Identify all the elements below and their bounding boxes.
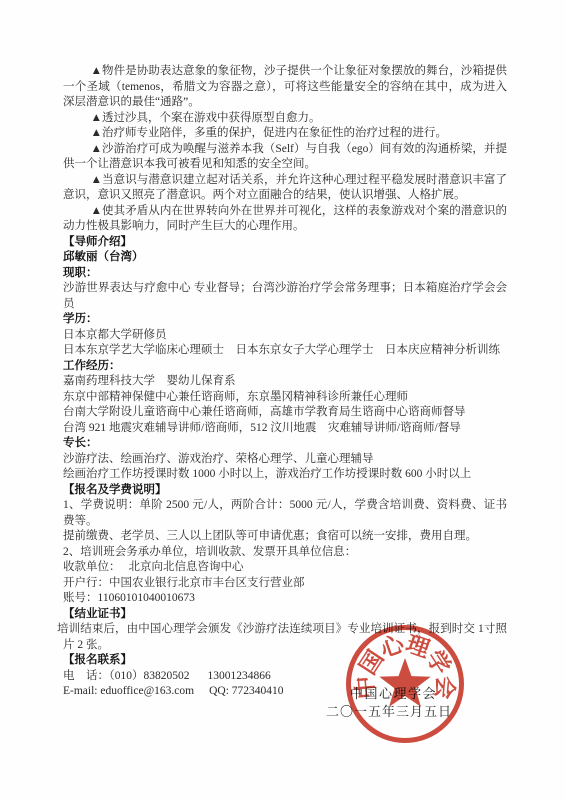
bank-label: 开户行： bbox=[63, 577, 109, 589]
phone-label: 电 话： bbox=[63, 670, 109, 682]
section-heading-certificate: 【结业证书】 bbox=[63, 607, 507, 623]
tutor-experience-item: 嘉南药理科技大学 婴幼儿保育系 bbox=[63, 374, 507, 390]
email-address: eduoffice@163.com bbox=[100, 685, 194, 697]
tutor-experience-item: 东京中部精神保健中心兼任谘商师，东京墨冈精神科诊所兼任心理师 bbox=[63, 390, 507, 406]
document-body: ▲物件是协助表达意象的象征物，沙子提供一个让象征对象摆放的舞台，沙箱提供一个圣域… bbox=[63, 64, 507, 700]
section-heading-tutor: 【导师介绍】 bbox=[63, 235, 507, 251]
bank-value: 中国农业银行北京市丰台区支行营业部 bbox=[109, 577, 305, 589]
payee-value: 北京向北信息咨询中心 bbox=[129, 560, 244, 576]
intro-bullet: ▲透过沙具，个案在游戏中获得原型自愈力。 bbox=[63, 111, 507, 127]
tutor-current-label: 现职： bbox=[63, 266, 507, 282]
tutor-experience-item: 台南大学附设儿童谘商中心兼任谘商师，高雄市学教育局生谘商中心谘商师督导 bbox=[63, 405, 507, 421]
official-seal: 中 国 心 理 学 会 bbox=[342, 621, 468, 747]
account-row: 账号：11060101040010673 bbox=[63, 591, 507, 607]
tutor-specialty-item: 沙游疗法、绘画治疗、游戏治疗、荣格心理学、儿童心理辅导 bbox=[63, 452, 507, 468]
qq-number: 772340410 bbox=[232, 685, 284, 697]
seal-char: 会 bbox=[431, 675, 459, 700]
fees-item-1-note: 提前缴费、老学员、三人以上团队等可申请优惠；食宿可以统一安排，费用自理。 bbox=[63, 529, 507, 545]
phone-number-2: 13001234866 bbox=[208, 669, 271, 685]
tutor-experience-label: 工作经历： bbox=[63, 359, 507, 375]
intro-bullet: ▲治疗师专业陪伴，多重的保护，促进内在象征性的治疗过程的进行。 bbox=[63, 126, 507, 142]
tutor-specialty-item: 绘画治疗工作坊授课时数 1000 小时以上，游戏治疗工作坊授课时数 600 小时… bbox=[63, 467, 507, 483]
payee-row: 收款单位：北京向北信息咨询中心 bbox=[63, 560, 507, 576]
tutor-current-position: 沙游世界表达与疗愈中心 专业督导；台湾沙游治疗学会常务理事；日本箱庭治疗学会会员 bbox=[63, 281, 507, 312]
payee-label: 收款单位： bbox=[63, 561, 121, 573]
intro-bullet: ▲当意识与潜意识建立起对话关系，并允许这种心理过程平稳发展时潜意识丰富了意识，意… bbox=[63, 173, 507, 204]
phone-number-1: （010）83820502 bbox=[109, 670, 190, 682]
tutor-education-label: 学历： bbox=[63, 312, 507, 328]
document-page: ▲物件是协助表达意象的象征物，沙子提供一个让象征对象摆放的舞台，沙箱提供一个圣域… bbox=[0, 0, 565, 800]
section-heading-fees: 【报名及学费说明】 bbox=[63, 483, 507, 499]
tutor-education-item: 日本京都大学研修员 bbox=[63, 328, 507, 344]
fees-item-1: 1、学费说明：单阶 2500 元/人，两阶合计：5000 元/人，学费含培训费、… bbox=[63, 498, 507, 529]
seal-star-icon bbox=[379, 658, 430, 707]
qq-label: QQ: bbox=[209, 684, 229, 700]
tutor-experience-item: 台湾 921 地震灾难辅导讲师/谘商师，512 汶川地震 灾难辅导讲师/谘商师/… bbox=[63, 421, 507, 437]
intro-bullet: ▲沙游治疗可成为唤醒与滋养本我（Self）与自我（ego）间有效的沟通桥梁，并提… bbox=[63, 142, 507, 173]
account-label: 账号： bbox=[63, 592, 98, 604]
email-label: E-mail: bbox=[63, 685, 98, 697]
tutor-name: 邱敏丽（台湾） bbox=[63, 250, 507, 266]
tutor-specialty-label: 专长： bbox=[63, 436, 507, 452]
fees-item-2: 2、培训班会务承办单位，培训收款、发票开具单位信息： bbox=[63, 545, 507, 561]
bank-row: 开户行：中国农业银行北京市丰台区支行营业部 bbox=[63, 576, 507, 592]
tutor-education-item: 日本东京学艺大学临床心理硕士 日本东京女子大学心理学士 日本庆应精神分析训练 bbox=[63, 343, 507, 359]
account-number: 11060101040010673 bbox=[98, 592, 195, 604]
intro-bullet: ▲使其矛盾从内在世界转向外在世界并可视化，这样的表象游戏对个案的潜意识的动力性极… bbox=[63, 204, 507, 235]
intro-bullet: ▲物件是协助表达意象的象征物，沙子提供一个让象征对象摆放的舞台，沙箱提供一个圣域… bbox=[63, 64, 507, 111]
